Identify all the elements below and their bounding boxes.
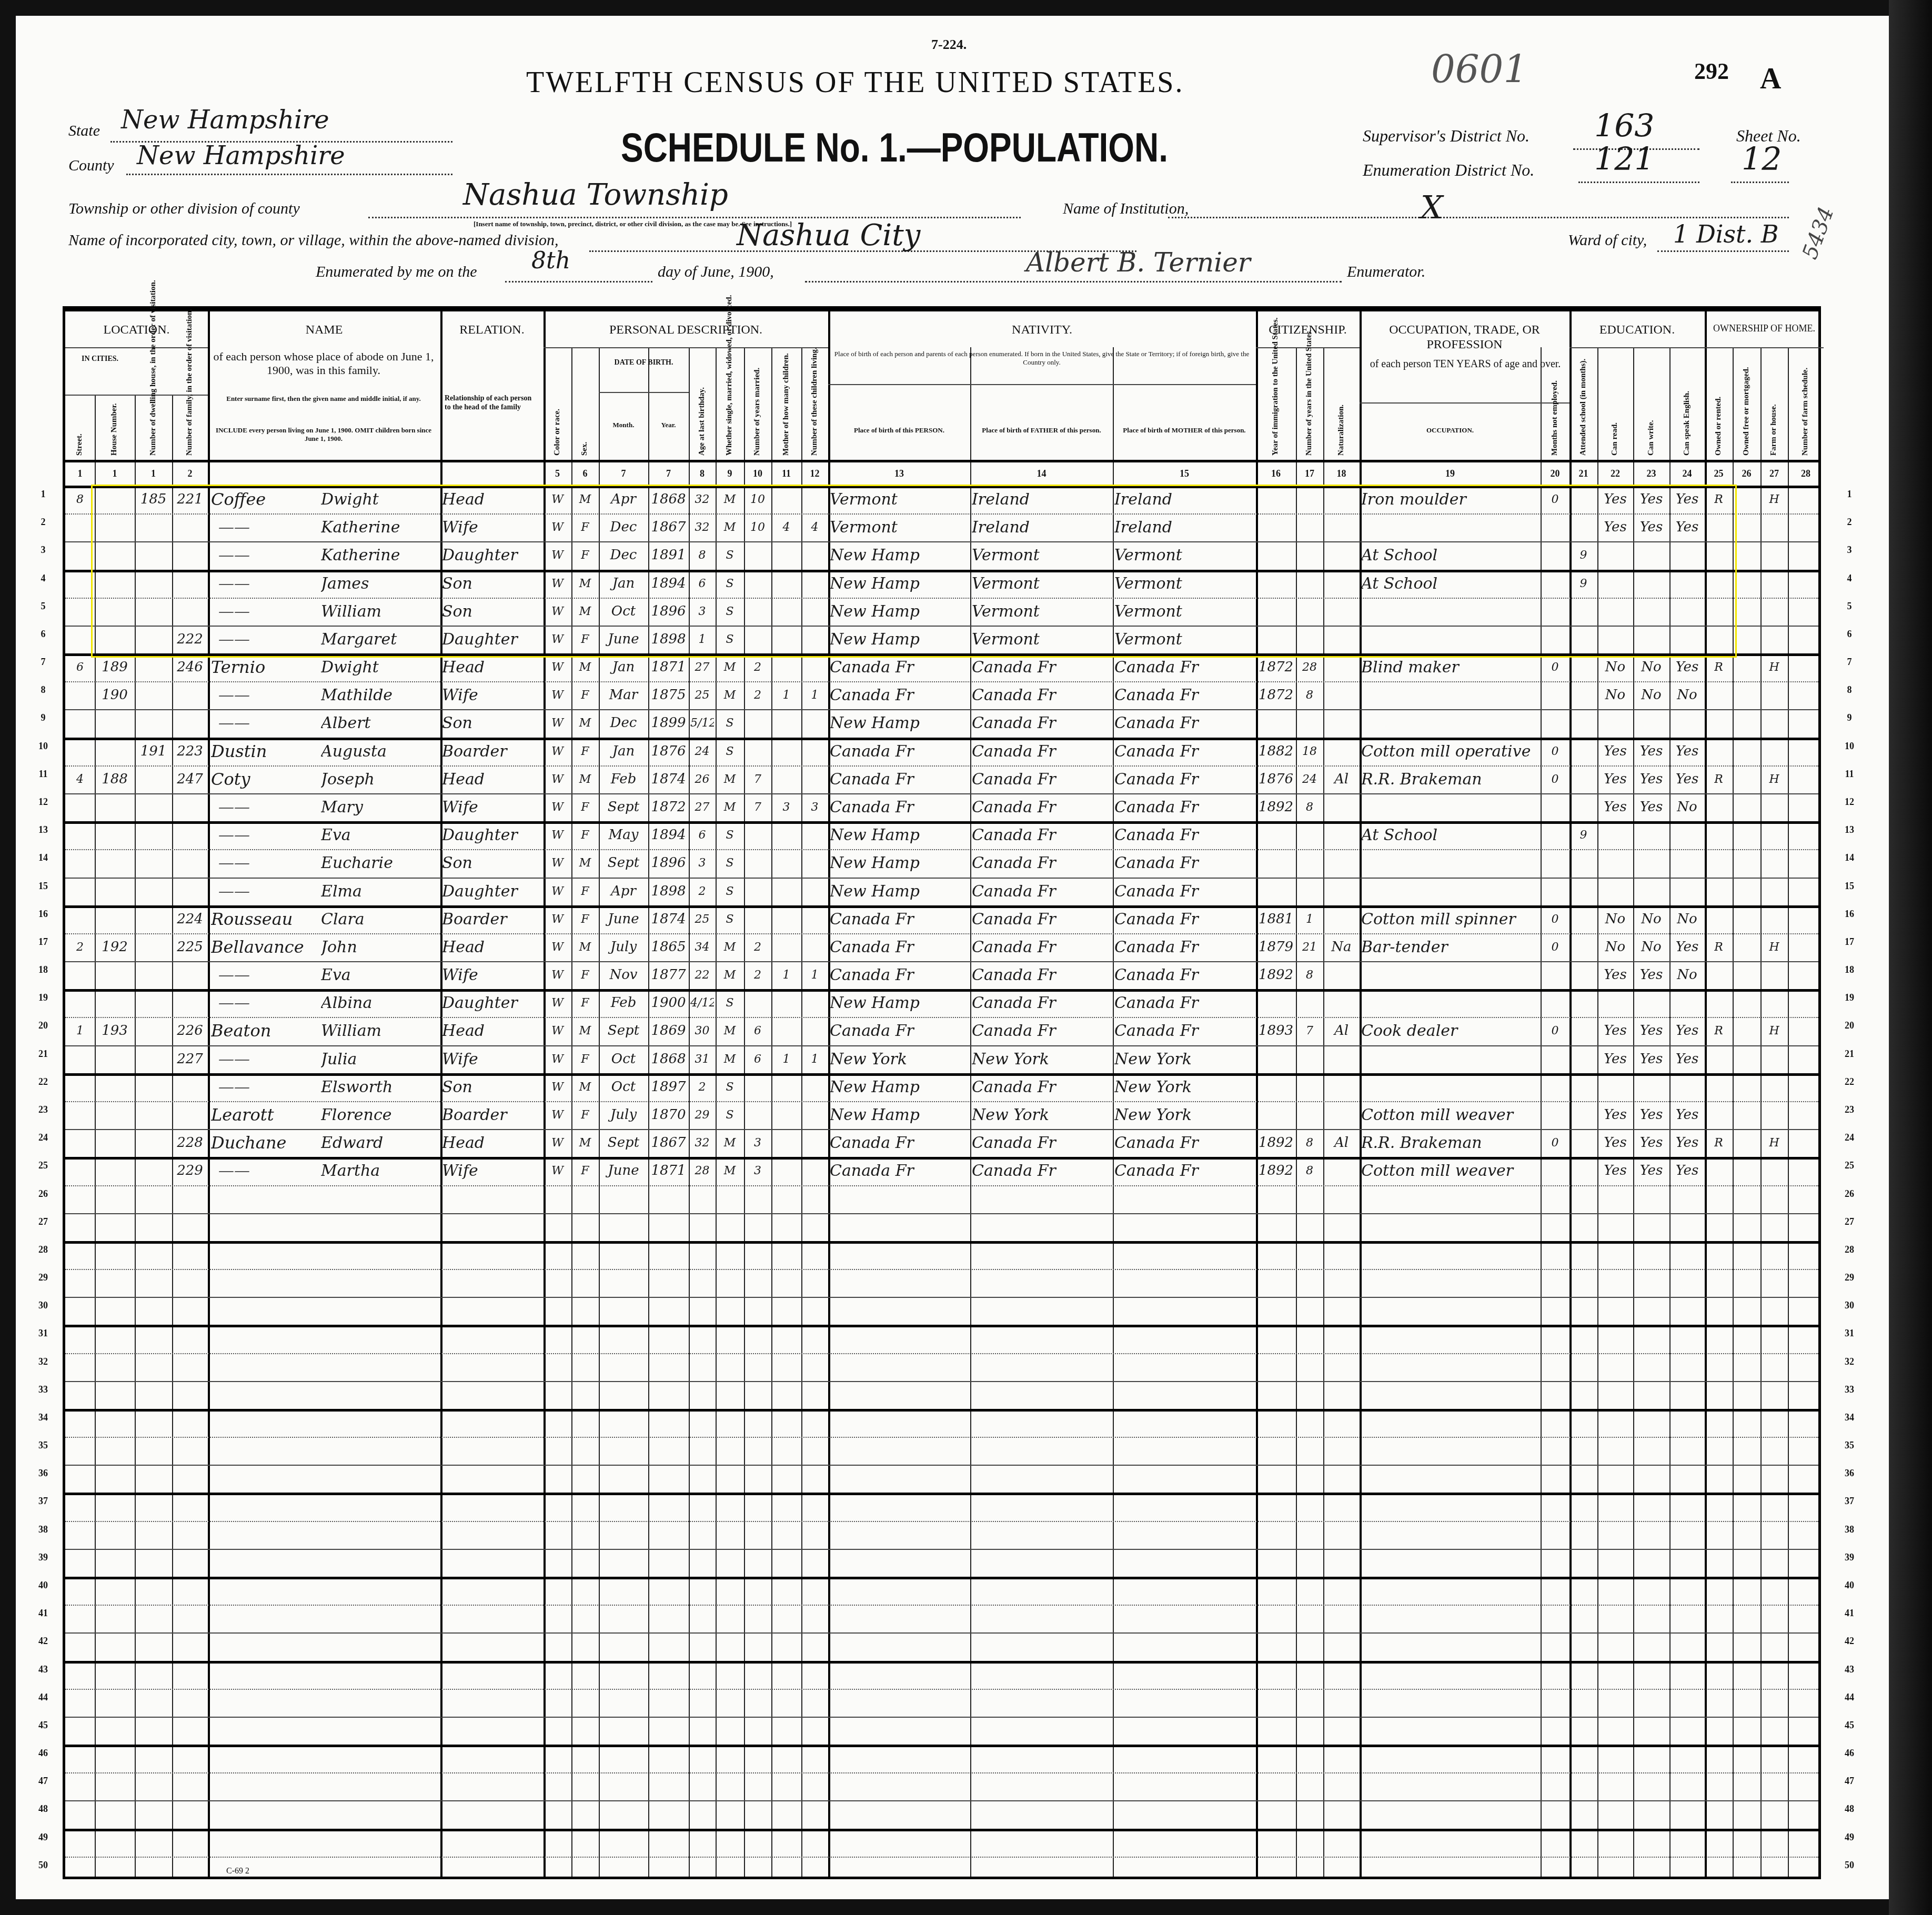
cell-farm: H [1762,486,1786,513]
cell-street: 1 [67,1017,93,1045]
cell-living: 4 [803,513,827,541]
cell-speak: Yes [1671,1101,1703,1129]
cell-imm: 1881 [1257,905,1294,933]
row-number-left: 29 [33,1272,54,1283]
name-instruction-1: Enter surname first, then the given name… [213,395,434,403]
cell-read: Yes [1599,1017,1632,1045]
row-divider [65,1381,1818,1382]
cell-mother-birth: Canada Fr [1114,961,1254,989]
cell-month: May [600,821,647,849]
column-divider [744,347,745,1877]
cell-marital: S [717,821,742,849]
cell-relation: Daughter [442,821,542,849]
cell-surname-ditto: —— [218,961,308,989]
cell-imm: 1876 [1257,765,1294,793]
cell-surname: Rousseau [211,905,316,933]
row-number-left: 2 [33,517,54,528]
cell-yrs-married: 2 [746,933,770,961]
column-number: 2 [172,468,208,479]
cell-age: 6 [690,821,714,849]
cell-write: No [1635,905,1668,933]
column-divider [1113,347,1114,1877]
cell-month: Sept [600,793,647,821]
cell-house: 188 [96,765,133,793]
cell-month: Oct [600,598,647,626]
row-number-left: 12 [33,797,54,808]
cell-birth: Canada Fr [830,933,969,961]
cell-marital: M [717,513,742,541]
cell-surname: Dustin [211,738,316,765]
cell-house: 190 [96,681,133,709]
cell-family: 228 [174,1129,206,1157]
cell-birth: Canada Fr [830,765,969,793]
cell-yrs-married: 10 [746,486,770,513]
row-number-right: 44 [1839,1692,1860,1703]
cell-surname-ditto: —— [218,681,308,709]
enumerator-signature: Albert B. Ternier [1026,247,1251,278]
row-number-left: 18 [33,964,54,975]
column-number: 8 [689,468,716,479]
row-number-left: 25 [33,1160,54,1171]
cell-month: Sept [600,1129,647,1157]
cell-mother-birth: Ireland [1114,513,1254,541]
cell-yrs-married: 7 [746,765,770,793]
column-divider [1633,347,1634,1877]
column-header-19: Year of immigration to the United States… [1271,352,1280,456]
column-divider [599,347,600,1877]
cell-father-birth: Canada Fr [972,1073,1111,1101]
cell-dwelling: 185 [136,486,170,513]
row-number-right: 4 [1839,573,1860,584]
row-number-left: 39 [33,1552,54,1563]
cell-given-name: Augusta [321,738,439,765]
column-group-4: PERSONAL DESCRIPTION. [544,323,828,338]
column-header-20: Number of years in the United States. [1305,352,1314,456]
column-divider [1788,347,1789,1877]
cell-birth: Vermont [830,486,969,513]
row-number-left: 47 [33,1776,54,1787]
cell-surname-ditto: —— [218,1045,308,1073]
cell-year: 1891 [650,541,687,569]
row-number-right: 28 [1839,1244,1860,1255]
cell-color: W [545,1073,570,1101]
row-number-left: 3 [33,545,54,556]
cell-relation: Son [442,570,542,598]
cell-surname: Learott [211,1101,316,1129]
row-divider [65,1353,1818,1354]
cell-sex: F [573,681,597,709]
cell-school: 9 [1571,541,1596,569]
cell-sex: M [573,765,597,793]
cell-year: 1872 [650,793,687,821]
column-header-13: Number of years married. [753,352,762,456]
row-divider [65,1857,1818,1858]
cell-sex: M [573,570,597,598]
cell-surname-ditto: —— [218,989,308,1017]
cell-sex: M [573,1073,597,1101]
row-number-right: 47 [1839,1776,1860,1787]
column-divider [1733,347,1734,1877]
cell-age: 25 [690,905,714,933]
cell-age: 2 [690,1073,714,1101]
cell-surname: Coty [211,765,316,793]
county-line [126,174,452,175]
cell-month: Dec [600,513,647,541]
cell-marital: S [717,709,742,737]
cell-living: 1 [803,681,827,709]
cell-birth: New Hamp [830,626,969,653]
cell-speak: Yes [1671,486,1703,513]
row-number-left: 44 [33,1692,54,1703]
cell-birth: Canada Fr [830,1129,969,1157]
column-header-26: Can write. [1647,352,1656,456]
cell-write: Yes [1635,793,1668,821]
cell-yrs-married: 2 [746,681,770,709]
row-number-right: 45 [1839,1720,1860,1731]
cell-owned: R [1706,486,1731,513]
column-number: 24 [1669,468,1705,479]
cell-birth: Canada Fr [830,793,969,821]
cell-month: Jan [600,653,647,681]
row-number-left: 13 [33,824,54,835]
cell-year: 1896 [650,849,687,877]
cell-months-unemp: 0 [1542,905,1568,933]
cell-sex: M [573,933,597,961]
cell-given-name: Albert [321,709,439,737]
header-divider [1569,347,1824,348]
cell-sex: F [573,513,597,541]
cell-nat: Na [1325,933,1358,961]
row-number-left: 16 [33,909,54,920]
township-label: Township or other division of county [68,200,300,218]
row-number-right: 34 [1839,1412,1860,1423]
cell-mother-birth: Vermont [1114,541,1254,569]
cell-house: 193 [96,1017,133,1045]
cell-sex: F [573,905,597,933]
cell-father-birth: Canada Fr [972,738,1111,765]
row-number-left: 42 [33,1636,54,1647]
cell-mother-birth: Canada Fr [1114,849,1254,877]
cell-yrs-married: 3 [746,1129,770,1157]
column-header-10: Year. [648,421,689,429]
cell-year: 1896 [650,598,687,626]
column-number: 14 [970,468,1113,479]
in-cities-label: IN CITIES. [65,355,135,364]
cell-write: Yes [1635,1157,1668,1185]
cell-surname-ditto: —— [218,513,308,541]
row-number-left: 10 [33,741,54,752]
column-header-15: Number of these children living. [810,352,819,456]
cell-imm: 1892 [1257,1129,1294,1157]
cell-occupation: Cotton mill weaver [1361,1157,1539,1185]
cell-surname: Ternio [211,653,316,681]
cell-given-name: Florence [321,1101,439,1129]
row-number-left: 40 [33,1580,54,1591]
row-number-right: 21 [1839,1049,1860,1060]
row-number-left: 8 [33,684,54,696]
cell-marital: S [717,626,742,653]
row-number-left: 24 [33,1132,54,1143]
population-table: LOCATION.NAMERELATION.PERSONAL DESCRIPTI… [63,306,1821,1879]
cell-surname-ditto: —— [218,821,308,849]
column-header-1: Street. [75,397,84,456]
cell-year: 1865 [650,933,687,961]
ward-label: Ward of city, [1568,231,1647,249]
row-number-right: 24 [1839,1132,1860,1143]
cell-write: Yes [1635,1101,1668,1129]
column-header-29: Owned free or mortgaged. [1742,352,1751,456]
cell-father-birth: New York [972,1101,1111,1129]
cell-occupation: Bar-tender [1361,933,1539,961]
cell-street: 2 [67,933,93,961]
cell-relation: Wife [442,1045,542,1073]
row-number-left: 26 [33,1188,54,1200]
cell-years-us: 24 [1297,765,1322,793]
cell-months-unemp: 0 [1542,1017,1568,1045]
cell-relation: Daughter [442,989,542,1017]
cell-month: Oct [600,1045,647,1073]
cell-sex: F [573,821,597,849]
cell-read: Yes [1599,486,1632,513]
column-divider [689,347,690,1877]
column-group-9: OWNERSHIP OF HOME. [1705,323,1824,334]
row-divider [65,1772,1818,1773]
column-header-16: Place of birth of this PERSON. [828,426,970,435]
county-label: County [68,157,114,175]
cell-imm: 1872 [1257,653,1294,681]
cell-birth: New Hamp [830,849,969,877]
row-number-right: 9 [1839,712,1860,723]
cell-age: 27 [690,653,714,681]
cell-year: 1874 [650,905,687,933]
cell-birth: Canada Fr [830,1017,969,1045]
row-divider [65,1521,1818,1522]
column-number: 26 [1733,468,1760,479]
cell-write: No [1635,653,1668,681]
column-header-3: Number of dwelling house, in the order o… [149,397,158,456]
supervisor-label: Supervisor's District No. [1363,126,1529,146]
row-number-right: 32 [1839,1356,1860,1367]
enumerated-suffix: day of June, 1900, [658,263,774,281]
institution-line [1168,217,1789,218]
cell-given-name: Edward [321,1129,439,1157]
cell-years-us: 8 [1297,961,1322,989]
cell-relation: Son [442,709,542,737]
state-value: New Hampshire [121,105,329,135]
cell-surname-ditto: —— [218,598,308,626]
cell-read: No [1599,933,1632,961]
cell-age: 6 [690,570,714,598]
cell-imm: 1892 [1257,1157,1294,1185]
cell-school: 9 [1571,570,1596,598]
cell-speak: Yes [1671,738,1703,765]
row-divider [65,1549,1818,1550]
cell-farm: H [1762,765,1786,793]
column-header-28: Owned or rented. [1714,352,1723,456]
cell-sex: F [573,738,597,765]
cell-relation: Boarder [442,905,542,933]
cell-birth: New Hamp [830,709,969,737]
cell-write: Yes [1635,738,1668,765]
cell-farm: H [1762,1017,1786,1045]
cell-owned: R [1706,1129,1731,1157]
cell-month: Jan [600,738,647,765]
cell-occupation: At School [1361,821,1539,849]
cell-father-birth: Canada Fr [972,1129,1111,1157]
cell-color: W [545,849,570,877]
cell-color: W [545,961,570,989]
cell-relation: Daughter [442,541,542,569]
cell-imm: 1872 [1257,681,1294,709]
cell-given-name: Margaret [321,626,439,653]
row-divider [65,1829,1818,1831]
cell-birth: New Hamp [830,598,969,626]
cell-birth: Canada Fr [830,905,969,933]
cell-surname: Duchane [211,1129,316,1157]
row-number-right: 31 [1839,1328,1860,1339]
cell-year: 1869 [650,1017,687,1045]
cell-month: Sept [600,849,647,877]
column-number: 1 [95,468,135,479]
column-number: 16 [1256,468,1296,479]
cell-mother-birth: Canada Fr [1114,933,1254,961]
cell-relation: Wife [442,961,542,989]
cell-write: Yes [1635,765,1668,793]
cell-age: 3 [690,598,714,626]
row-divider [65,1717,1818,1718]
cell-years-us: 28 [1297,653,1322,681]
cell-relation: Head [442,1129,542,1157]
cell-family: 223 [174,738,206,765]
cell-years-us: 21 [1297,933,1322,961]
row-divider [65,1269,1818,1270]
column-number: 11 [771,468,801,479]
row-number-left: 11 [33,769,54,780]
column-header-22: OCCUPATION. [1360,426,1541,435]
cell-years-us: 7 [1297,1017,1322,1045]
row-divider [65,1689,1818,1690]
column-header-31: Number of farm schedule. [1801,352,1810,456]
row-number-right: 14 [1839,852,1860,863]
row-number-right: 48 [1839,1803,1860,1815]
township-line [368,217,1021,218]
cell-yrs-married: 7 [746,793,770,821]
cell-owned: R [1706,1017,1731,1045]
cell-birth: Canada Fr [830,681,969,709]
column-number: 18 [1323,468,1360,479]
row-divider [65,1800,1818,1801]
cell-father-birth: New York [972,1045,1111,1073]
cell-mother-birth: Canada Fr [1114,765,1254,793]
cell-age: 8 [690,541,714,569]
cell-speak: Yes [1671,653,1703,681]
cell-given-name: James [321,570,439,598]
cell-occupation: R.R. Brakeman [1361,765,1539,793]
cell-month: Feb [600,765,647,793]
column-number: 7 [648,468,689,479]
cell-color: W [545,598,570,626]
cell-year: 1868 [650,1045,687,1073]
cell-given-name: Katherine [321,541,439,569]
county-value: New Hampshire [137,141,345,170]
column-number: 21 [1569,468,1597,479]
cell-father-birth: Vermont [972,570,1111,598]
cell-mother-of: 3 [773,793,800,821]
row-number-left: 6 [33,629,54,640]
cell-given-name: Elma [321,878,439,905]
column-header-8: Sex. [580,352,589,456]
row-divider [65,1409,1818,1412]
cell-color: W [545,1157,570,1185]
cell-write: Yes [1635,486,1668,513]
cell-mother-birth: Vermont [1114,626,1254,653]
cell-mother-of: 1 [773,961,800,989]
scan-edge [1889,0,1932,1915]
form-number: 7-224. [931,37,967,53]
cell-month: Apr [600,486,647,513]
occupation-description: of each person TEN YEARS of age and over… [1365,358,1565,370]
cell-month: Dec [600,709,647,737]
column-header-11: Age at last birthday. [698,352,707,456]
cell-year: 1877 [650,961,687,989]
row-divider [65,1577,1818,1579]
cell-color: W [545,793,570,821]
cell-years-us: 8 [1297,681,1322,709]
row-number-right: 42 [1839,1636,1860,1647]
name-instruction-2: INCLUDE every person living on June 1, 1… [213,426,434,442]
cell-surname-ditto: —— [218,626,308,653]
cell-marital: M [717,486,742,513]
cell-living: 1 [803,961,827,989]
cell-speak: No [1671,905,1703,933]
name-description: of each person whose place of abode on J… [213,350,434,378]
column-number: 15 [1113,468,1256,479]
column-divider [208,311,210,1877]
cell-occupation: At School [1361,570,1539,598]
cell-owned: R [1706,933,1731,961]
header-divider [599,392,689,393]
row-number-right: 3 [1839,545,1860,556]
column-header-21: Naturalization. [1337,352,1346,456]
enumeration-label: Enumeration District No. [1363,160,1534,180]
cell-months-unemp: 0 [1542,738,1568,765]
cell-age: 22 [690,961,714,989]
row-number-left: 41 [33,1608,54,1619]
cell-mother-birth: New York [1114,1073,1254,1101]
cell-yrs-married: 2 [746,961,770,989]
cell-sex: F [573,793,597,821]
cell-sex: M [573,849,597,877]
row-number-left: 48 [33,1803,54,1815]
row-number-left: 15 [33,881,54,892]
cell-month: Nov [600,961,647,989]
header-divider [1360,402,1569,404]
cell-father-birth: Vermont [972,598,1111,626]
column-divider [1760,347,1762,1877]
cell-yrs-married: 6 [746,1017,770,1045]
cell-speak: Yes [1671,933,1703,961]
cell-color: W [545,821,570,849]
cell-read: Yes [1599,765,1632,793]
institution-label: Name of Institution, [1063,200,1189,218]
row-number-right: 30 [1839,1300,1860,1311]
cell-color: W [545,709,570,737]
cell-speak: Yes [1671,765,1703,793]
column-header-24: Attended school (in months). [1579,352,1588,456]
city-label: Name of incorporated city, town, or vill… [68,231,559,249]
cell-marital: M [717,1045,742,1073]
cell-marital: M [717,933,742,961]
